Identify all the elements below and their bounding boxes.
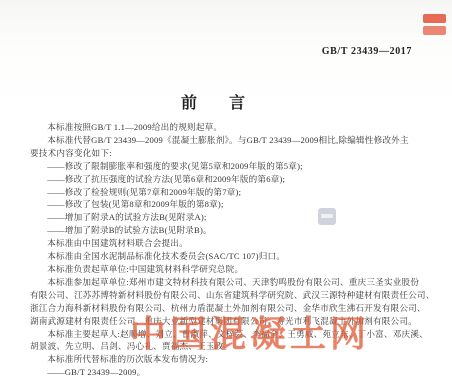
body-line: ——修改了抗压强度的试验方法(见第6章和2009年版的第6章);: [30, 173, 422, 186]
watermark-logo-icon: [318, 208, 336, 225]
standard-number: GB/T 23439—2017: [322, 46, 412, 57]
body-line: 要技术内容变化如下:: [30, 147, 422, 160]
watermark-text: 中国混凝土网: [130, 306, 370, 357]
body-line: 有限公司、江苏苏博特新材料股份有限公司、山东省建筑科学研究院、武汉三源特种建材有…: [30, 289, 422, 302]
body-line: ——增加了附录B的试验方法B(见附录B)。: [30, 224, 422, 237]
stamp-mark-icon: [423, 26, 446, 35]
body-line: ——增加了附录A的试验方法B(见附录A);: [30, 211, 422, 224]
body-line: 本标准按照GB/T 1.1—2009给出的规则起草。: [30, 121, 422, 134]
body-line: ——修改了限制膨胀率和强度的要求(见第5章和2009年版的第5章);: [30, 160, 422, 173]
document-page: GB/T 23439—2017 前 言 本标准按照GB/T 1.1—2009给出…: [0, 0, 452, 381]
body-line: ——GB/T 23439—2009。: [30, 366, 422, 379]
body-line: ——修改了检验规则(见第7章和2009年版的第7章);: [30, 186, 422, 199]
body-line: 本标准参加起草单位:郑州市建文特材科技有限公司、天津豹鸣股份有限公司、重庆三圣实…: [30, 276, 422, 289]
stamp-mark-icon: [423, 14, 446, 23]
body-line: 本标准由中国建筑材料联合会提出。: [30, 237, 422, 250]
body-line: 本标准负责起草单位:中国建筑材料科学研究总院。: [30, 263, 422, 276]
body-line: 本标准由全国水泥制品标准化技术委员会(SAC/TC 107)归口。: [30, 250, 422, 263]
body-line: ——修改了包装(见第8章和2009年版的第8章);: [30, 198, 422, 211]
page-title: 前 言: [0, 90, 426, 113]
body-line: 本标准代替GB/T 23439—2009《混凝土膨胀剂》。与GB/T 23439…: [30, 134, 422, 147]
